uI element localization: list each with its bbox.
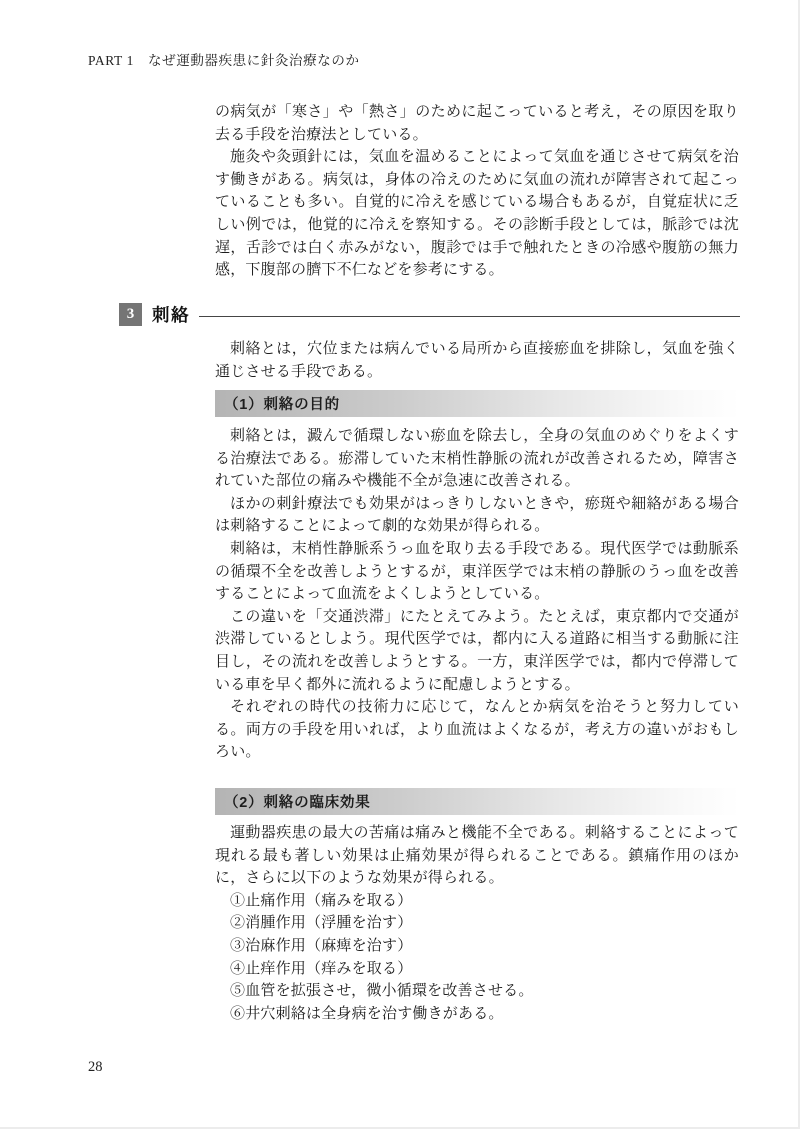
- section-title: 刺絡: [152, 302, 190, 327]
- page-number: 28: [88, 1059, 103, 1076]
- book-page: PART 1 なぜ運動器疾患に針灸治療なのか の病気が「寒さ」や「熱さ」のために…: [0, 0, 800, 1129]
- paragraph: ほかの刺針療法でも効果がはっきりしないときや，瘀斑や細絡がある場合は刺絡すること…: [215, 493, 739, 538]
- paragraph: 刺絡とは，澱んで循環しない瘀血を除去し，全身の気血のめぐりをよくする治療法である…: [215, 425, 739, 493]
- subsection-heading-2: （2）刺絡の臨床効果: [215, 788, 740, 815]
- paragraph: 運動器疾患の最大の苦痛は痛みと機能不全である。刺絡することによって現れる最も著し…: [215, 822, 739, 890]
- list-item: ⑤血管を拡張させ，微小循環を改善させる。: [215, 980, 739, 1003]
- paragraph: この違いを「交通渋滞」にたとえてみよう。たとえば，東京都内で交通が渋滞していると…: [215, 606, 739, 696]
- section-number-badge: 3: [119, 303, 142, 326]
- paragraph: 刺絡は，末梢性静脈系うっ血を取り去る手段である。現代医学では動脈系の循環不全を改…: [215, 538, 739, 606]
- paragraph: 施灸や灸頭針には，気血を温めることによって気血を通じさせて病気を治す働きがある。…: [215, 146, 739, 282]
- paragraph: それぞれの時代の技術力に応じて，なんとか病気を治そうと努力している。両方の手段を…: [215, 696, 739, 764]
- section-heading: 3 刺絡: [119, 302, 740, 327]
- paragraph: の病気が「寒さ」や「熱さ」のために起こっていると考え，その原因を取り去る手段を治…: [215, 101, 739, 146]
- section-rule-line: [199, 316, 740, 317]
- effects-list: ①止痛作用（痛みを取る） ②消腫作用（浮腫を治す） ③治麻作用（麻痺を治す） ④…: [215, 890, 739, 1026]
- section-lead: 刺絡とは，穴位または病んでいる局所から直接瘀血を排除し，気血を強く通じさせる手段…: [215, 338, 739, 383]
- list-item: ⑥井穴刺絡は全身病を治す働きがある。: [215, 1003, 739, 1026]
- paragraph: 刺絡とは，穴位または病んでいる局所から直接瘀血を排除し，気血を強く通じさせる手段…: [215, 338, 739, 383]
- running-header: PART 1 なぜ運動器疾患に針灸治療なのか: [88, 49, 360, 69]
- subsection-2-body: 運動器疾患の最大の苦痛は痛みと機能不全である。刺絡することによって現れる最も著し…: [215, 822, 739, 1025]
- subsection-1-body: 刺絡とは，澱んで循環しない瘀血を除去し，全身の気血のめぐりをよくする治療法である…: [215, 425, 739, 764]
- list-item: ②消腫作用（浮腫を治す）: [215, 912, 739, 935]
- intro-paragraphs: の病気が「寒さ」や「熱さ」のために起こっていると考え，その原因を取り去る手段を治…: [215, 101, 739, 282]
- list-item: ①止痛作用（痛みを取る）: [215, 890, 739, 913]
- subsection-heading-1: （1）刺絡の目的: [215, 390, 740, 417]
- list-item: ④止痒作用（痒みを取る）: [215, 958, 739, 981]
- list-item: ③治麻作用（麻痺を治す）: [215, 935, 739, 958]
